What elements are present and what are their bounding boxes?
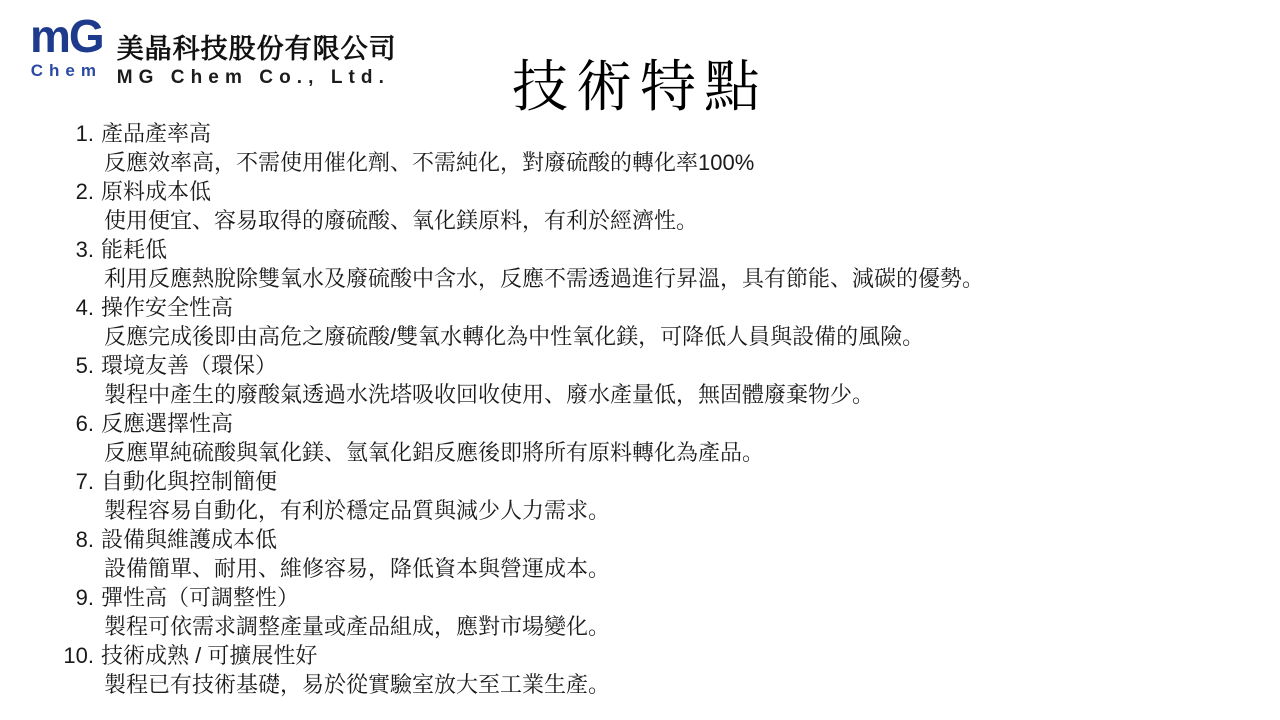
slide: mG Chem 美晶科技股份有限公司 MG Chem Co., Ltd. 技術特… <box>0 0 1280 720</box>
feature-number: 7. <box>62 467 94 496</box>
feature-title: 操作安全性高 <box>101 293 233 322</box>
feature-number: 1. <box>62 119 94 148</box>
feature-heading: 3. 能耗低 <box>62 235 1232 264</box>
feature-description: 反應效率高，不需使用催化劑、不需純化，對廢硫酸的轉化率100% <box>62 148 1232 177</box>
feature-description: 製程中產生的廢酸氣透過水洗塔吸收回收使用、廢水產量低，無固體廢棄物少。 <box>62 380 1232 409</box>
feature-title: 設備與維護成本低 <box>101 525 277 554</box>
feature-number: 8. <box>62 525 94 554</box>
list-item: 9. 彈性高（可調整性） 製程可依需求調整產量或產品組成，應對市場變化。 <box>62 583 1232 641</box>
feature-number: 5. <box>62 351 94 380</box>
feature-description: 製程可依需求調整產量或產品組成，應對市場變化。 <box>62 612 1232 641</box>
list-item: 2. 原料成本低 使用便宜、容易取得的廢硫酸、氧化鎂原料，有利於經濟性。 <box>62 177 1232 235</box>
feature-heading: 9. 彈性高（可調整性） <box>62 583 1232 612</box>
feature-heading: 10. 技術成熟 / 可擴展性好 <box>62 641 1232 670</box>
feature-number: 10. <box>62 641 94 670</box>
page-title: 技術特點 <box>0 56 1280 118</box>
feature-number: 2. <box>62 177 94 206</box>
feature-title: 原料成本低 <box>101 177 211 206</box>
feature-number: 4. <box>62 293 94 322</box>
feature-heading: 6. 反應選擇性高 <box>62 409 1232 438</box>
feature-heading: 4. 操作安全性高 <box>62 293 1232 322</box>
feature-description: 使用便宜、容易取得的廢硫酸、氧化鎂原料，有利於經濟性。 <box>62 206 1232 235</box>
feature-title: 彈性高（可調整性） <box>101 583 299 612</box>
feature-heading: 7. 自動化與控制簡便 <box>62 467 1232 496</box>
list-item: 3. 能耗低 利用反應熱脫除雙氧水及廢硫酸中含水，反應不需透過進行昇溫，具有節能… <box>62 235 1232 293</box>
list-item: 10. 技術成熟 / 可擴展性好 製程已有技術基礎，易於從實驗室放大至工業生產。 <box>62 641 1232 699</box>
feature-description: 反應單純硫酸與氧化鎂、氫氧化鋁反應後即將所有原料轉化為產品。 <box>62 438 1232 467</box>
feature-title: 產品產率高 <box>101 119 211 148</box>
feature-description: 製程已有技術基礎，易於從實驗室放大至工業生產。 <box>62 670 1232 699</box>
feature-description: 製程容易自動化，有利於穩定品質與減少人力需求。 <box>62 496 1232 525</box>
feature-heading: 8. 設備與維護成本低 <box>62 525 1232 554</box>
feature-description: 利用反應熱脫除雙氧水及廢硫酸中含水，反應不需透過進行昇溫，具有節能、減碳的優勢。 <box>62 264 1232 293</box>
list-item: 6. 反應選擇性高 反應單純硫酸與氧化鎂、氫氧化鋁反應後即將所有原料轉化為產品。 <box>62 409 1232 467</box>
feature-title: 能耗低 <box>101 235 167 264</box>
feature-heading: 2. 原料成本低 <box>62 177 1232 206</box>
feature-title: 技術成熟 / 可擴展性好 <box>101 641 317 670</box>
list-item: 8. 設備與維護成本低 設備簡單、耐用、維修容易，降低資本與營運成本。 <box>62 525 1232 583</box>
list-item: 5. 環境友善（環保） 製程中產生的廢酸氣透過水洗塔吸收回收使用、廢水產量低，無… <box>62 351 1232 409</box>
feature-title: 自動化與控制簡便 <box>101 467 277 496</box>
feature-number: 9. <box>62 583 94 612</box>
feature-number: 6. <box>62 409 94 438</box>
feature-title: 環境友善（環保） <box>101 351 277 380</box>
list-item: 7. 自動化與控制簡便 製程容易自動化，有利於穩定品質與減少人力需求。 <box>62 467 1232 525</box>
feature-heading: 5. 環境友善（環保） <box>62 351 1232 380</box>
feature-title: 反應選擇性高 <box>101 409 233 438</box>
list-item: 4. 操作安全性高 反應完成後即由高危之廢硫酸/雙氧水轉化為中性氧化鎂，可降低人… <box>62 293 1232 351</box>
feature-list: 1. 產品產率高 反應效率高，不需使用催化劑、不需純化，對廢硫酸的轉化率100%… <box>62 119 1232 699</box>
feature-number: 3. <box>62 235 94 264</box>
feature-description: 設備簡單、耐用、維修容易，降低資本與營運成本。 <box>62 554 1232 583</box>
feature-heading: 1. 產品產率高 <box>62 119 1232 148</box>
logo-mark: mG <box>30 12 103 60</box>
list-item: 1. 產品產率高 反應效率高，不需使用催化劑、不需純化，對廢硫酸的轉化率100% <box>62 119 1232 177</box>
feature-description: 反應完成後即由高危之廢硫酸/雙氧水轉化為中性氧化鎂，可降低人員與設備的風險。 <box>62 322 1232 351</box>
